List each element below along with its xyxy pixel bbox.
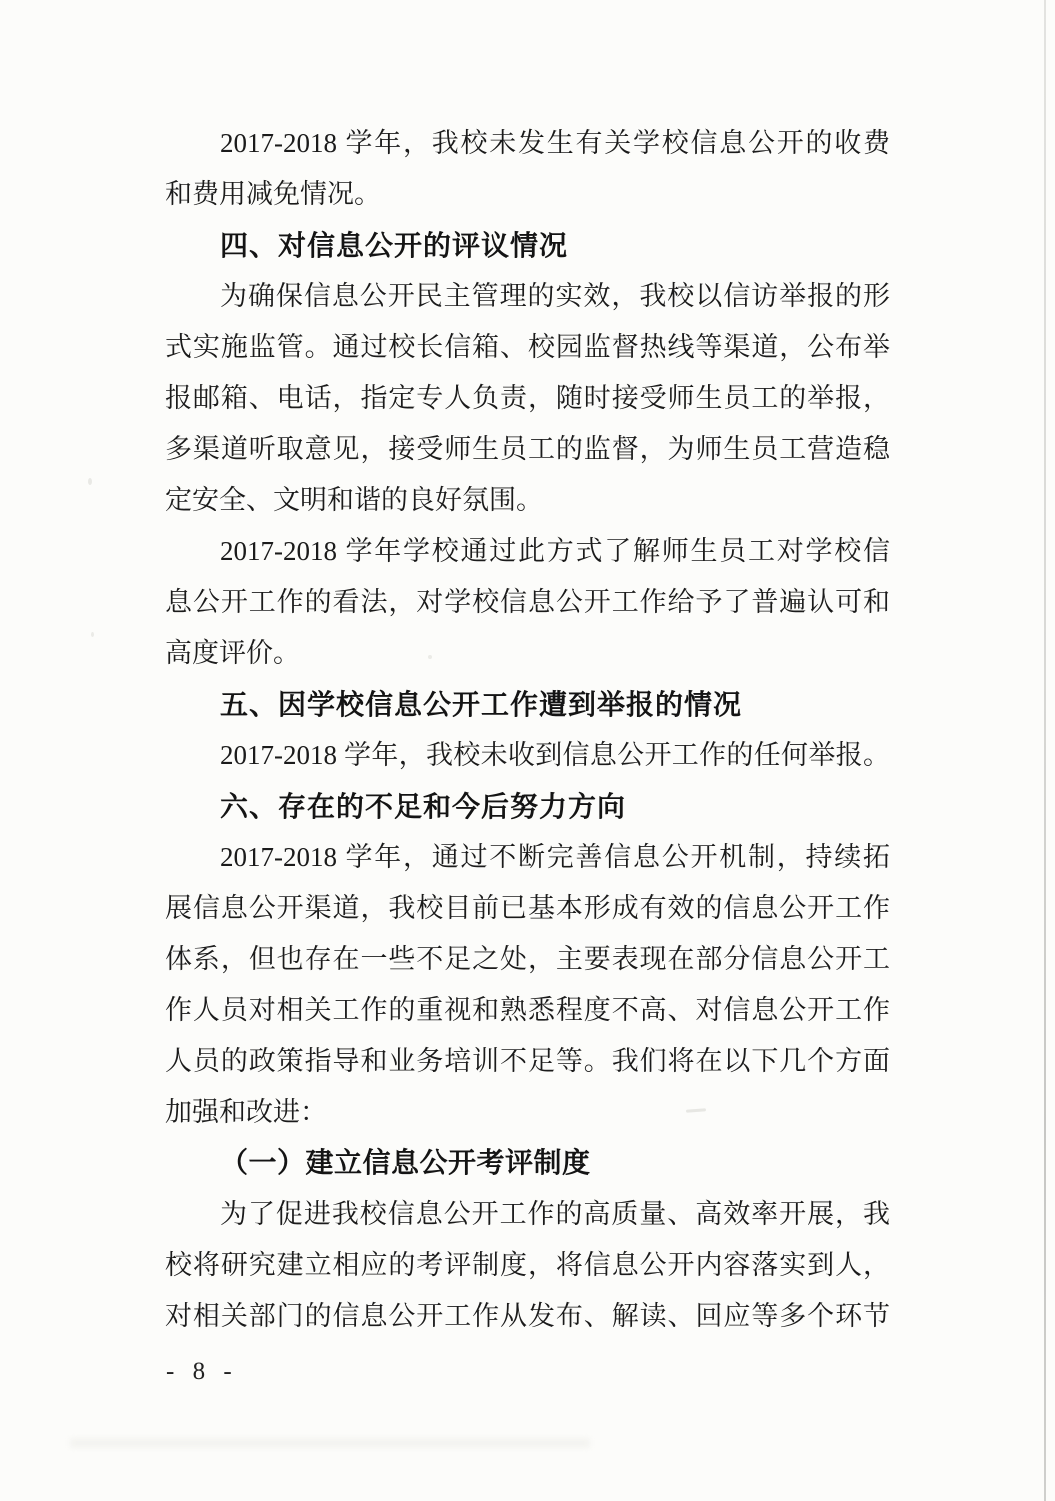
page-number: - 8 - bbox=[166, 1352, 238, 1392]
scan-smudge bbox=[70, 1438, 590, 1448]
body-line: 息公开工作的看法，对学校信息公开工作给予了普遍认可和 bbox=[165, 577, 890, 628]
section-heading-4: 四、对信息公开的评议情况 bbox=[165, 220, 890, 271]
body-line: 人员的政策指导和业务培训不足等。我们将在以下几个方面 bbox=[165, 1036, 890, 1087]
body-line: 定安全、文明和谐的良好氛围。 bbox=[165, 475, 890, 526]
body-line: 报邮箱、电话，指定专人负责，随时接受师生员工的举报， bbox=[165, 373, 890, 424]
scan-speck bbox=[91, 632, 94, 637]
scan-speck bbox=[428, 655, 432, 659]
body-line: 校将研究建立相应的考评制度，将信息公开内容落实到人， bbox=[165, 1240, 890, 1291]
scan-edge-line bbox=[1044, 0, 1046, 1501]
body-line: 体系，但也存在一些不足之处，主要表现在部分信息公开工 bbox=[165, 934, 890, 985]
body-line: 对相关部门的信息公开工作从发布、解读、回应等多个环节 bbox=[165, 1291, 890, 1342]
document-text-block: 2017-2018 学年，我校未发生有关学校信息公开的收费 和费用减免情况。 四… bbox=[165, 118, 890, 1342]
sub-heading-1: （一）建立信息公开考评制度 bbox=[165, 1138, 890, 1189]
body-line: 加强和改进： bbox=[165, 1087, 890, 1138]
body-line: 2017-2018 学年，我校未收到信息公开工作的任何举报。 bbox=[165, 730, 890, 781]
section-heading-5: 五、因学校信息公开工作遭到举报的情况 bbox=[165, 679, 890, 730]
section-heading-6: 六、存在的不足和今后努力方向 bbox=[165, 781, 890, 832]
body-line: 2017-2018 学年，我校未发生有关学校信息公开的收费 bbox=[165, 118, 890, 169]
body-line: 式实施监管。通过校长信箱、校园监督热线等渠道，公布举 bbox=[165, 322, 890, 373]
body-line: 多渠道听取意见，接受师生员工的监督，为师生员工营造稳 bbox=[165, 424, 890, 475]
body-line: 作人员对相关工作的重视和熟悉程度不高、对信息公开工作 bbox=[165, 985, 890, 1036]
body-line: 展信息公开渠道，我校目前已基本形成有效的信息公开工作 bbox=[165, 883, 890, 934]
body-line: 为确保信息公开民主管理的实效，我校以信访举报的形 bbox=[165, 271, 890, 322]
scan-speck bbox=[88, 478, 92, 485]
body-line: 为了促进我校信息公开工作的高质量、高效率开展，我 bbox=[165, 1189, 890, 1240]
body-line: 2017-2018 学年学校通过此方式了解师生员工对学校信 bbox=[165, 526, 890, 577]
body-line: 2017-2018 学年，通过不断完善信息公开机制，持续拓 bbox=[165, 832, 890, 883]
body-line: 高度评价。 bbox=[165, 628, 890, 679]
body-line: 和费用减免情况。 bbox=[165, 169, 890, 220]
